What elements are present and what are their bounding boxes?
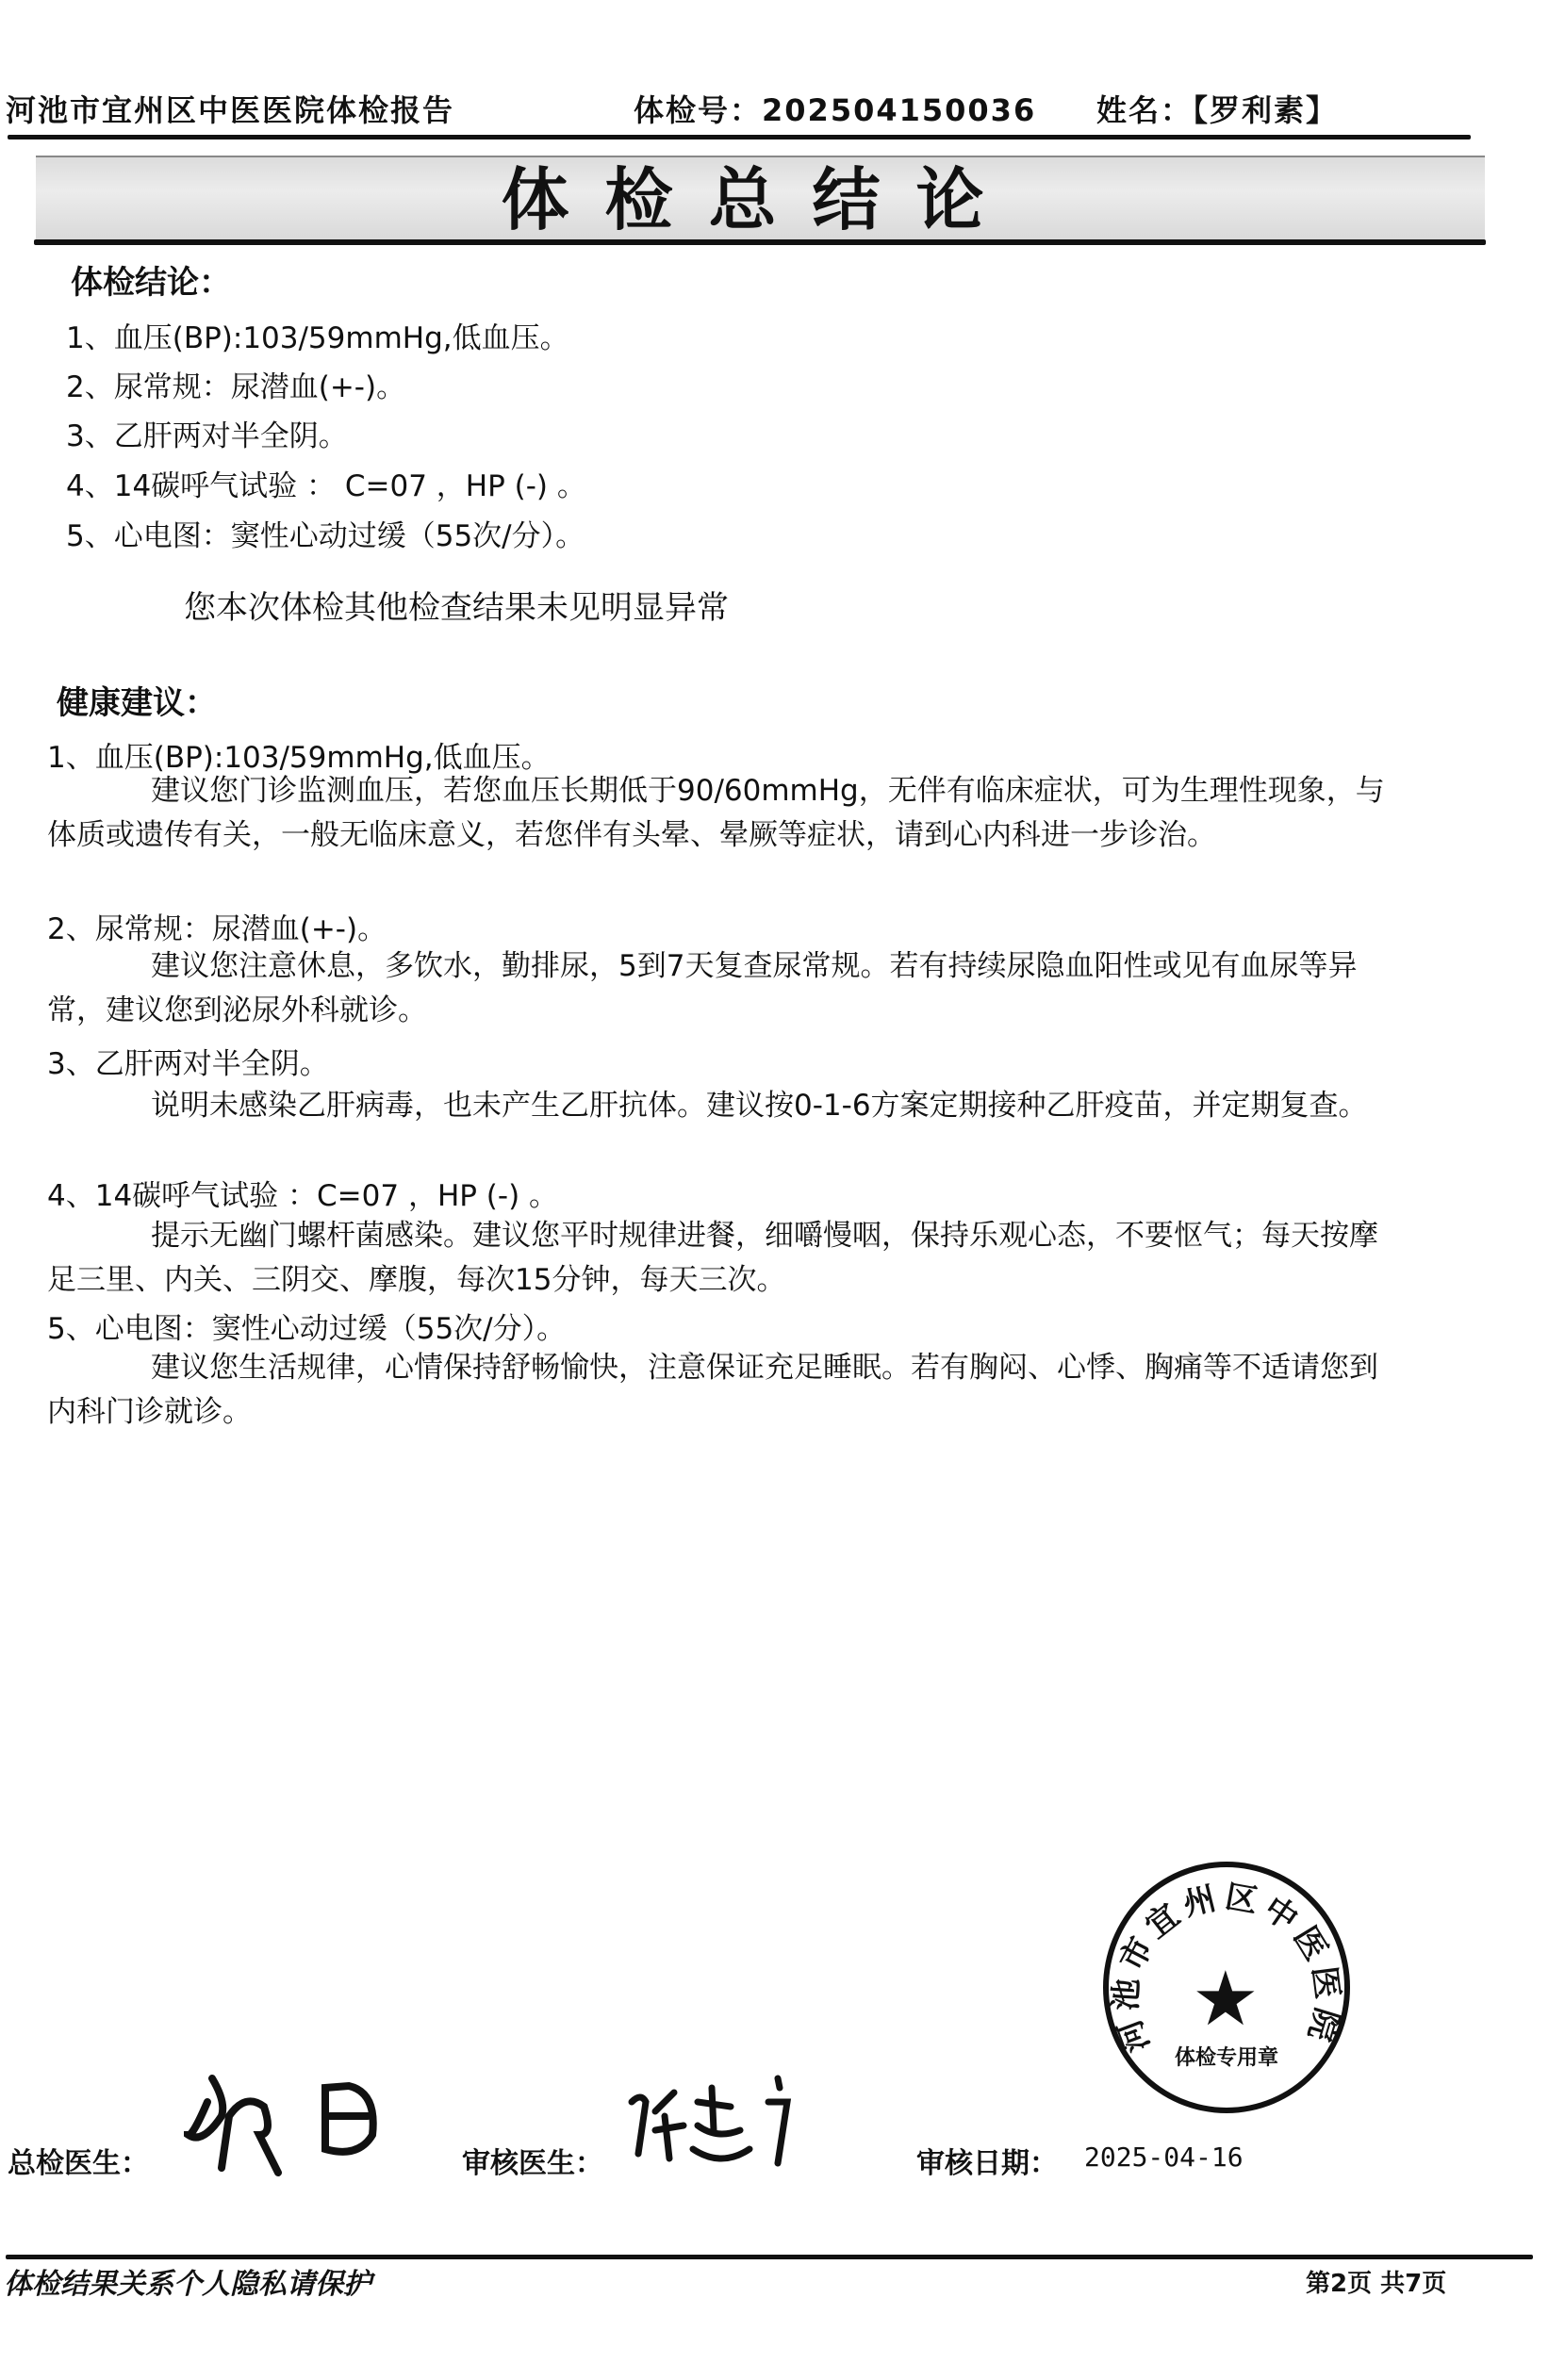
seal-star-icon: ★ bbox=[1192, 1961, 1260, 2037]
conclusion-item: 1、血压(BP):103/59mmHg,低血压。 bbox=[66, 314, 569, 356]
advice-item-title: 2、尿常规：尿潜血(+-)。 bbox=[47, 905, 387, 947]
advice-item-text: 提示无幽门螺杆菌感染。建议您平时规律进餐，细嚼慢咽，保持乐观心态，不要怄气；每天… bbox=[47, 1214, 1395, 1303]
advice-item-title: 4、14碳呼气试验 ：C=07 ，HP (-) 。 bbox=[47, 1172, 558, 1214]
chief-doctor-signature-icon bbox=[184, 2069, 410, 2177]
conclusion-item: 5、心电图：窦性心动过缓（55次/分）。 bbox=[66, 512, 585, 554]
header-divider bbox=[8, 135, 1471, 140]
advice-item-text: 说明未感染乙肝病毒，也未产生乙肝抗体。建议按0-1-6方案定期接种乙肝疫苗，并定… bbox=[47, 1084, 1395, 1128]
advice-heading: 健康建议： bbox=[57, 677, 217, 723]
advice-item-title: 5、心电图：窦性心动过缓（55次/分）。 bbox=[47, 1305, 566, 1347]
advice-item-title: 3、乙肝两对半全阴。 bbox=[47, 1040, 329, 1082]
advice-item-text: 建议您注意休息，多饮水，勤排尿，5到7天复查尿常规。若有持续尿隐血阳性或见有血尿… bbox=[47, 944, 1395, 1033]
conclusion-item: 3、乙肝两对半全阴。 bbox=[66, 412, 348, 454]
review-date-label: 审核日期： bbox=[916, 2140, 1058, 2181]
hospital-report-title: 河池市宜州区中医医院体检报告 bbox=[6, 87, 454, 130]
summary-banner: 体检总结论 bbox=[36, 156, 1485, 242]
review-date-value: 2025-04-16 bbox=[1084, 2142, 1244, 2173]
patient-name: 姓名：【罗利素】 bbox=[1096, 87, 1338, 130]
advice-item-text: 建议您生活规律，心情保持舒畅愉快，注意保证充足睡眠。若有胸闷、心悸、胸痛等不适请… bbox=[47, 1346, 1395, 1435]
seal-bottom-text: 体检专用章 bbox=[1109, 2042, 1344, 2071]
banner-divider bbox=[34, 239, 1486, 245]
patient-name-label: 姓名： bbox=[1096, 92, 1193, 128]
review-doctor-signature-icon bbox=[627, 2074, 815, 2168]
conclusion-item: 4、14碳呼气试验 ： C=07 ，HP (-) 。 bbox=[66, 462, 586, 504]
exam-number-value: 202504150036 bbox=[762, 92, 1036, 128]
no-other-abnormality-note: 您本次体检其他检查结果未见明显异常 bbox=[184, 582, 729, 628]
official-seal: 河池市宜州区中医医院 ★ 体检专用章 bbox=[1103, 1862, 1350, 2113]
conclusions-heading: 体检结论： bbox=[71, 256, 231, 303]
privacy-note: 体检结果关系个人隐私请保护 bbox=[4, 2260, 371, 2302]
chief-doctor-label: 总检医生： bbox=[8, 2140, 149, 2181]
banner-title: 体检总结论 bbox=[36, 157, 1485, 242]
exam-number: 体检号：202504150036 bbox=[634, 87, 1036, 130]
exam-number-label: 体检号： bbox=[634, 92, 762, 128]
patient-name-value: 【罗利素】 bbox=[1193, 92, 1338, 128]
footer-divider bbox=[6, 2255, 1533, 2259]
review-doctor-label: 审核医生： bbox=[462, 2140, 603, 2181]
conclusion-item: 2、尿常规：尿潜血(+-)。 bbox=[66, 363, 405, 405]
advice-item-text: 建议您门诊监测血压，若您血压长期低于90/60mmHg，无伴有临床症状，可为生理… bbox=[47, 769, 1395, 858]
page-indicator: 第2页 共7页 bbox=[1306, 2264, 1446, 2299]
